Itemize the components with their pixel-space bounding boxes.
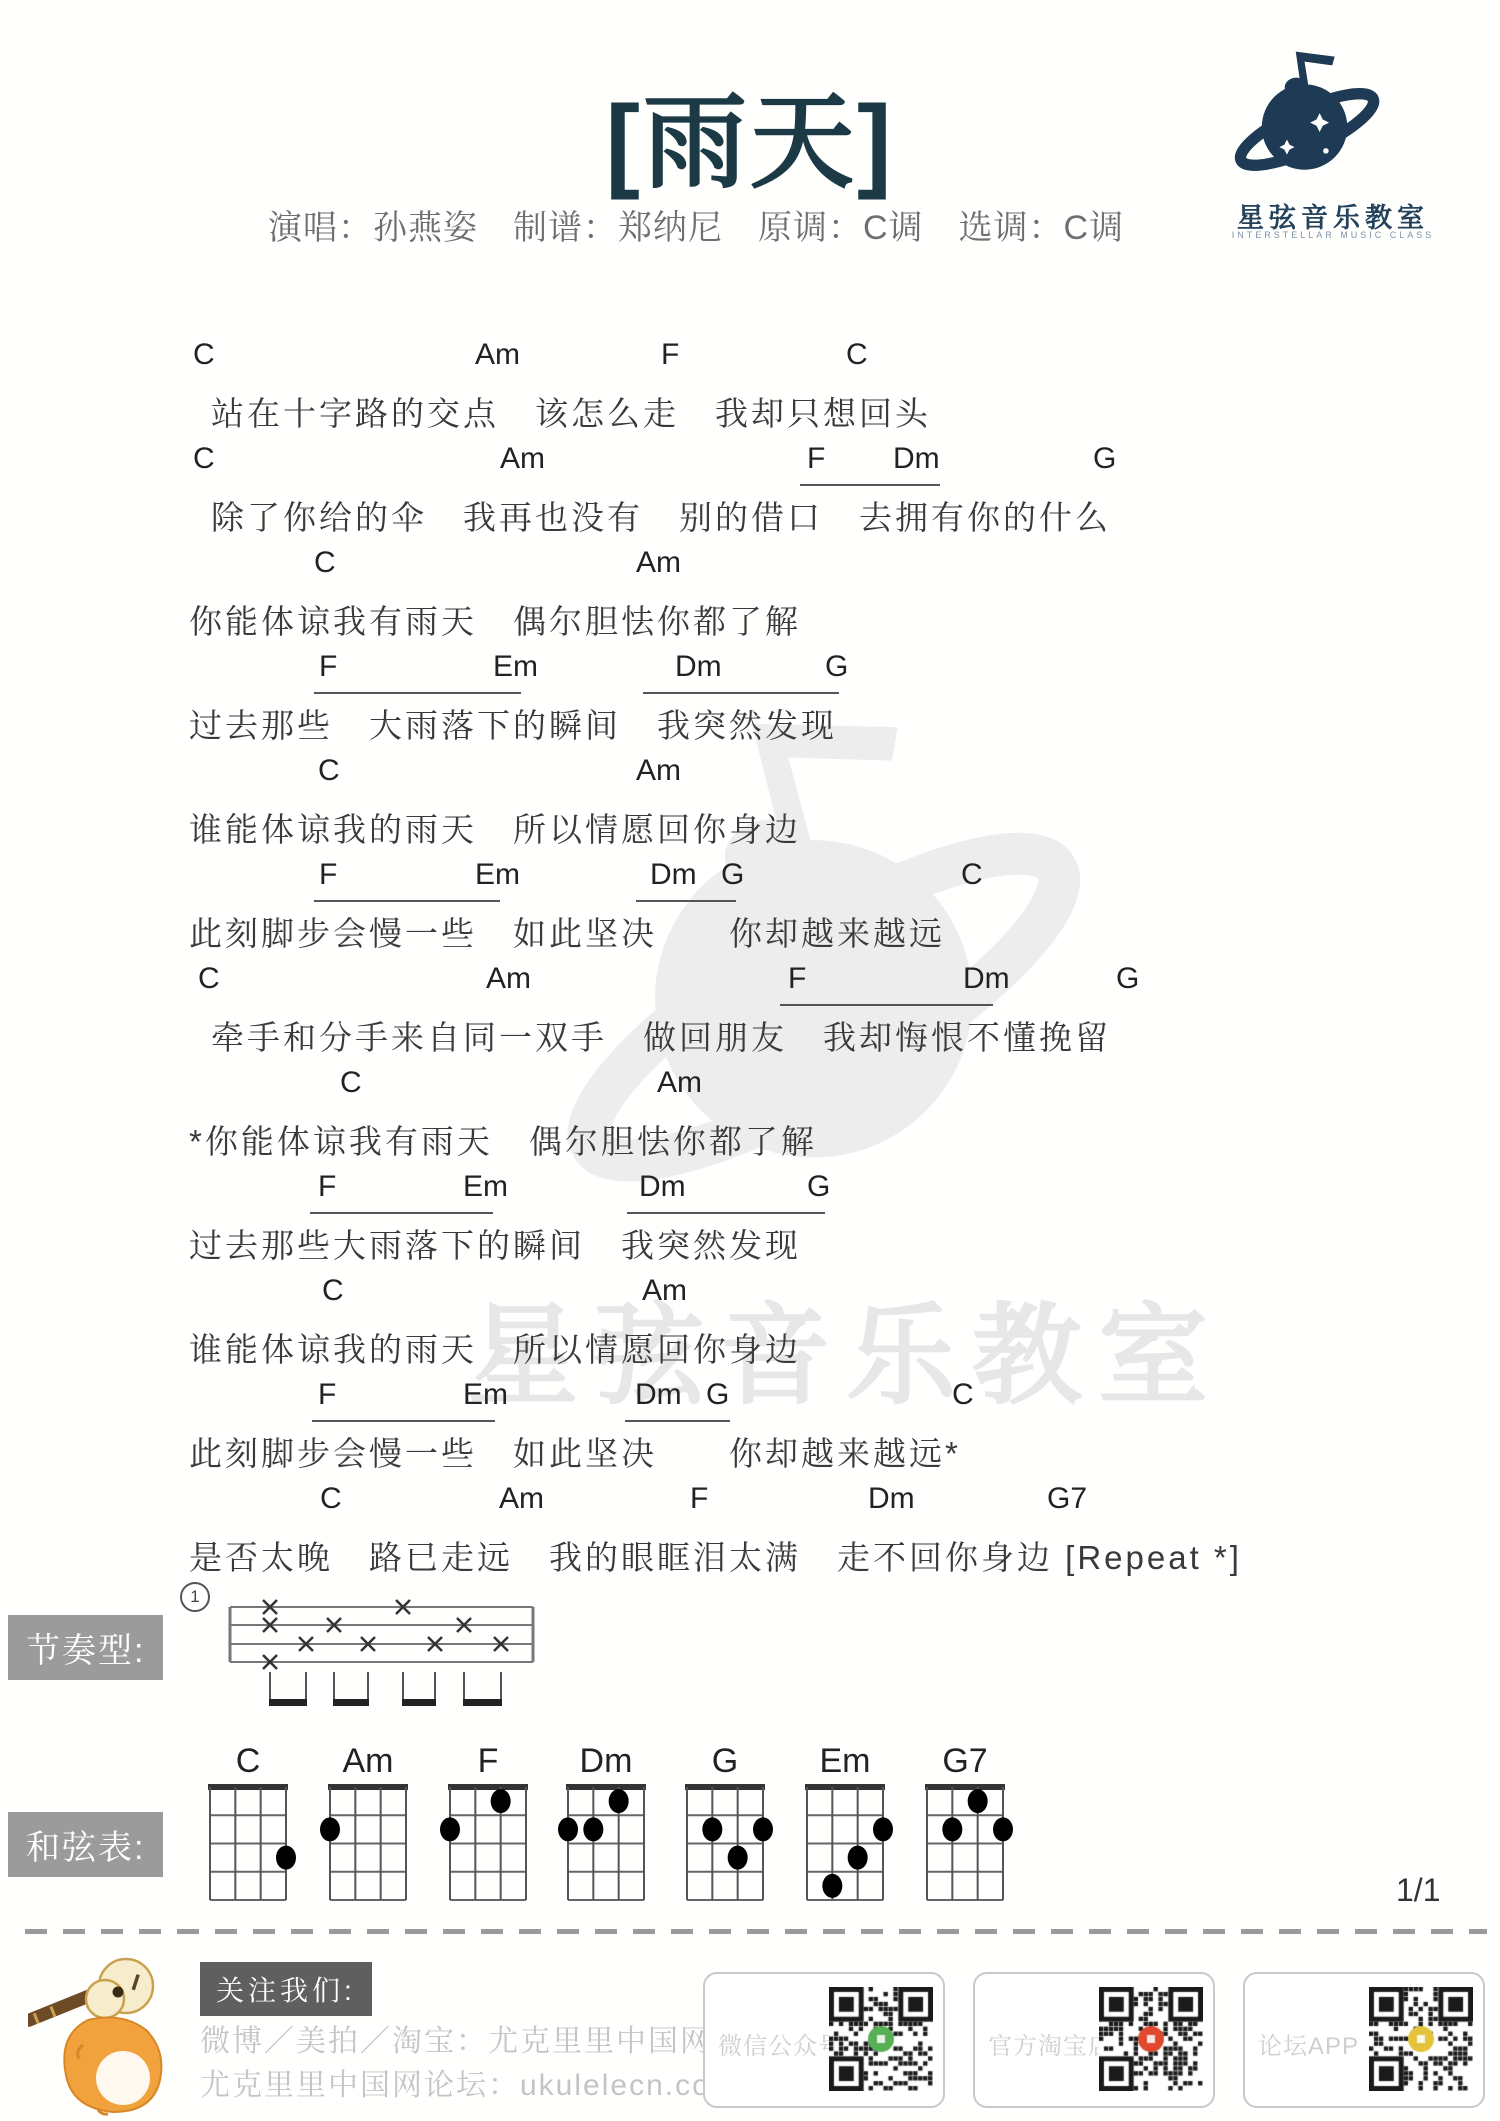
lyric-line: *你能体谅我有雨天 偶尔胆怯你都了解: [189, 1116, 817, 1163]
lyric-line: 站在十字路的交点 该怎么走 我却只想回头: [211, 388, 931, 435]
chord-label: F: [319, 858, 337, 892]
footer-social-line: 微博／美拍／淘宝：尤克里里中国网: [200, 2016, 712, 2060]
page-number: 1/1: [1396, 1872, 1440, 1909]
chord-label: G: [721, 858, 744, 892]
chord-diagram-G: G: [685, 1742, 773, 1900]
brand-subtext: INTERSTELLAR MUSIC CLASS: [1208, 230, 1458, 240]
svg-text:Am: Am: [343, 1742, 394, 1780]
qr-code: [1099, 1987, 1203, 2091]
chord-label: Am: [486, 962, 531, 996]
chord-label: C: [322, 1274, 344, 1308]
chord-label: G: [1116, 962, 1139, 996]
svg-text:Dm: Dm: [580, 1742, 633, 1780]
chord-label: F: [807, 442, 825, 476]
chord-label: G: [706, 1378, 729, 1412]
chord-label: C: [318, 754, 340, 788]
qr-box-label: 微信公众号: [718, 2026, 843, 2061]
chord-label: C: [198, 962, 220, 996]
qr-code: [1369, 1987, 1473, 2091]
song-credits: 演唱：孙燕姿 制谱：郑纳尼 原调：C调 选调：C调: [268, 200, 1124, 249]
chord-chart-label: 和弦表:: [8, 1812, 163, 1877]
chord-label: C: [340, 1066, 362, 1100]
chord-label: C: [193, 442, 215, 476]
chord-label: Em: [493, 650, 538, 684]
qr-box-label: 论坛APP: [1258, 2026, 1359, 2061]
lyric-line: 你能体谅我有雨天 偶尔胆怯你都了解: [189, 596, 801, 643]
qr-box-3: 论坛APP: [1243, 1972, 1485, 2108]
chord-label: Em: [463, 1170, 508, 1204]
lyric-line: 谁能体谅我的雨天 所以情愿回你身边: [189, 804, 801, 851]
planet-note-icon: [1208, 40, 1458, 192]
chord-underline: [780, 1004, 993, 1006]
chord-diagrams: CAmFDmGEmG7: [200, 1742, 1030, 1962]
chord-label: Dm: [639, 1170, 686, 1204]
lyric-line: 此刻脚步会慢一些 如此坚决 你却越来越远: [189, 908, 945, 955]
chord-sheet-page: 星弦音乐教室 [雨天] 演唱：孙燕姿 制谱：郑纳尼 原调：C调 选调：C调 星弦…: [0, 0, 1500, 2121]
lyric-line: 牵手和分手来自同一双手 做回朋友 我却悔恨不懂挽留: [211, 1012, 1111, 1059]
chord-label: Dm: [635, 1378, 682, 1412]
rhythm-tab-staff: [220, 1580, 550, 1720]
chord-label: Dm: [963, 962, 1010, 996]
chord-label: F: [319, 650, 337, 684]
qr-code: [829, 1987, 933, 2091]
mascot-hamster-icon: [28, 1950, 200, 2118]
chord-label: Am: [642, 1274, 687, 1308]
chord-label: G: [1093, 442, 1116, 476]
chord-label: G: [825, 650, 848, 684]
chord-label: F: [661, 338, 679, 372]
chord-label: F: [318, 1378, 336, 1412]
chord-label: C: [320, 1482, 342, 1516]
chord-label: C: [952, 1378, 974, 1412]
brand-logo: [1208, 40, 1458, 192]
chord-label: Em: [475, 858, 520, 892]
svg-text:Em: Em: [820, 1742, 871, 1780]
rhythm-pattern-number: 1: [180, 1582, 210, 1612]
chord-underline: [636, 900, 736, 902]
chord-label: Am: [636, 754, 681, 788]
chord-label: C: [846, 338, 868, 372]
qr-box-1: 微信公众号: [703, 1972, 945, 2108]
chord-underline: [625, 1420, 730, 1422]
chord-label: G7: [1047, 1482, 1087, 1516]
lyric-line: 是否太晚 路已走远 我的眼眶泪太满 走不回你身边 [Repeat *]: [189, 1532, 1242, 1579]
chord-label: Dm: [868, 1482, 915, 1516]
chord-underline: [800, 484, 940, 486]
chord-underline: [627, 1212, 825, 1214]
chord-diagram-Dm: Dm: [558, 1742, 646, 1900]
qr-box-label: 官方淘宝店: [988, 2026, 1113, 2061]
rhythm-section-label: 节奏型:: [8, 1615, 163, 1680]
chord-diagram-C: C: [208, 1742, 296, 1900]
chord-label: F: [788, 962, 806, 996]
chord-underline: [312, 1420, 495, 1422]
lyric-line: 过去那些大雨落下的瞬间 我突然发现: [189, 1220, 801, 1267]
chord-diagram-G7: G7: [925, 1742, 1013, 1900]
lyric-line: 谁能体谅我的雨天 所以情愿回你身边: [189, 1324, 801, 1371]
chord-underline: [314, 900, 500, 902]
svg-text:C: C: [236, 1742, 261, 1780]
chord-label: F: [318, 1170, 336, 1204]
chord-label: C: [193, 338, 215, 372]
svg-text:F: F: [478, 1742, 499, 1780]
chord-label: Am: [499, 1482, 544, 1516]
chord-label: Dm: [675, 650, 722, 684]
follow-us-badge: 关注我们:: [200, 1962, 372, 2016]
chord-diagram-Em: Em: [805, 1742, 893, 1900]
chord-underline: [310, 1212, 493, 1214]
svg-text:G7: G7: [942, 1742, 987, 1780]
chord-label: C: [314, 546, 336, 580]
lyric-line: 过去那些 大雨落下的瞬间 我突然发现: [189, 700, 837, 747]
chord-diagram-F: F: [440, 1742, 528, 1900]
chord-underline: [314, 692, 521, 694]
lyric-line: 除了你给的伞 我再也没有 别的借口 去拥有你的什么: [211, 492, 1111, 539]
chord-label: Am: [475, 338, 520, 372]
chord-label: F: [690, 1482, 708, 1516]
lyric-line: 此刻脚步会慢一些 如此坚决 你却越来越远*: [189, 1428, 961, 1475]
chord-label: G: [807, 1170, 830, 1204]
chord-label: C: [961, 858, 983, 892]
chord-label: Am: [657, 1066, 702, 1100]
chord-label: Am: [636, 546, 681, 580]
chord-label: Dm: [650, 858, 697, 892]
svg-text:G: G: [712, 1742, 738, 1780]
qr-box-2: 官方淘宝店: [973, 1972, 1215, 2108]
chord-label: Em: [463, 1378, 508, 1412]
chord-label: Dm: [893, 442, 940, 476]
chord-diagram-Am: Am: [320, 1742, 408, 1900]
chord-label: Am: [500, 442, 545, 476]
footer-forum-line: 尤克里里中国网论坛：ukulelecn.com: [200, 2060, 738, 2104]
chord-underline: [643, 692, 839, 694]
